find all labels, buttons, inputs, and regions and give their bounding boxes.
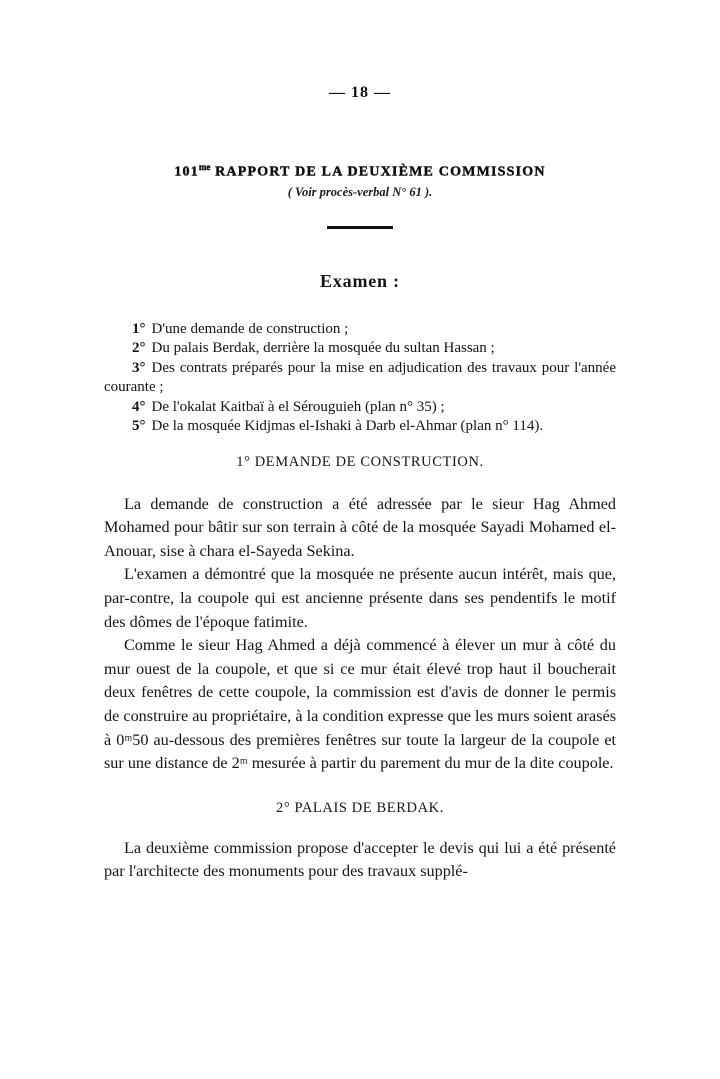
section-body-2: La deuxième commission propose d'accepte… [104,837,616,884]
item-number: 2° [132,340,152,356]
item-number: 4° [132,399,152,415]
section-body-1: La demande de construction a été adressé… [104,493,616,776]
paragraph: La demande de construction a été adressé… [104,493,616,564]
page-number: — 18 — [0,84,720,102]
report-number: 101 [174,165,199,180]
list-item: 2°Du palais Berdak, derrière la mosquée … [104,339,616,359]
list-item: 5°De la mosquée Kidjmas el-Ishaki à Darb… [104,417,616,437]
list-item: 3°Des contrats préparés pour la mise en … [104,359,616,398]
item-number: 3° [132,360,152,376]
report-subtitle: ( Voir procès-verbal N° 61 ). [0,185,720,200]
report-number-ordinal-suffix: me [199,162,211,172]
divider-rule [327,226,393,229]
paragraph: La deuxième commission propose d'accepte… [104,837,616,884]
item-number: 5° [132,418,152,434]
item-text: De la mosquée Kidjmas el-Ishaki à Darb e… [152,418,544,434]
item-text: De l'okalat Kaitbaï à el Sérouguieh (pla… [152,399,445,415]
item-text: Du palais Berdak, derrière la mosquée du… [152,340,495,356]
item-number: 1° [132,321,152,337]
section-heading-palais-de-berdak: 2° PALAIS DE BERDAK. [0,800,720,817]
list-item: 1°D'une demande de construction ; [104,320,616,340]
report-title: 101me RAPPORT DE LA DEUXIÈME COMMISSION [0,162,720,181]
item-text: Des contrats préparés pour la mise en ad… [104,360,616,396]
section-heading-demande-de-construction: 1° DEMANDE DE CONSTRUCTION. [0,454,720,471]
report-title-text: RAPPORT DE LA DEUXIÈME COMMISSION [210,165,545,180]
document-page: — 18 — 101me RAPPORT DE LA DEUXIÈME COMM… [0,0,720,1079]
list-item: 4°De l'okalat Kaitbaï à el Sérouguieh (p… [104,398,616,418]
paragraph: L'examen a démontré que la mosquée ne pr… [104,563,616,634]
paragraph: Comme le sieur Hag Ahmed a déjà commencé… [104,634,616,776]
item-text: D'une demande de construction ; [152,321,349,337]
examen-heading: Examen : [0,271,720,292]
examen-list: 1°D'une demande de construction ; 2°Du p… [104,320,616,437]
